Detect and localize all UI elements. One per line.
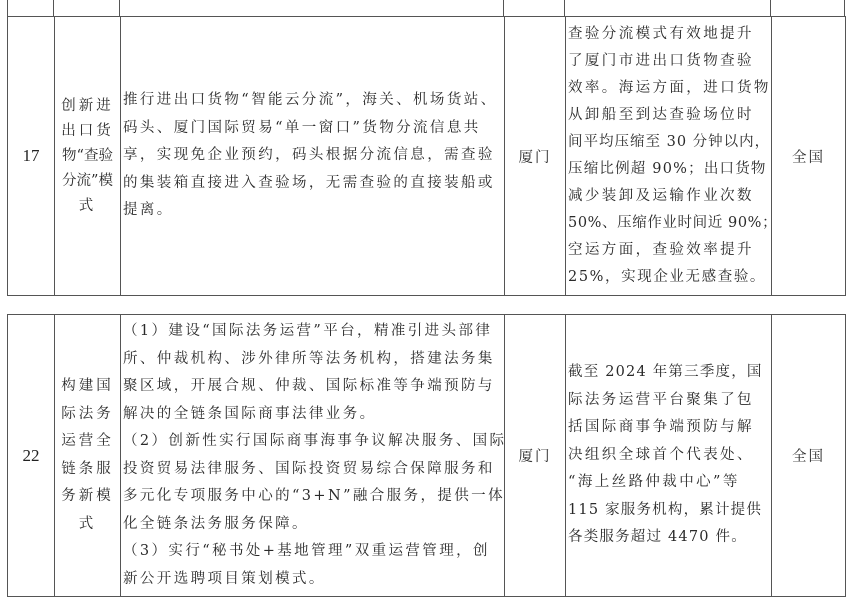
measure-effect: 截至 2024 年第三季度，国 际法务运营平台聚集了包 括国际商事争端预防与解 … bbox=[566, 315, 772, 597]
description-line: （2）创新性实行国际商事海事争议解决服务、国际 bbox=[123, 428, 502, 456]
effect-line: 压缩比例超 90%；出口货物 bbox=[568, 156, 768, 183]
column-rule bbox=[564, 0, 565, 16]
measure-name-line: 出口货 bbox=[55, 119, 120, 144]
effect-line: 从卸船至到达查验场位时 bbox=[568, 102, 768, 129]
measure-description: （1）建设“国际法务运营”平台，精准引进头部律 所、仲裁机构、涉外律所等法务机构… bbox=[121, 315, 505, 597]
table-row: 17 创新进 出口货 物“查验 分流”模 式 推行进出口货物“智能云分流”，海关… bbox=[8, 17, 846, 296]
measure-name: 构建国 际法务 运营全 链条服 务新模 式 bbox=[55, 315, 121, 597]
description-line: 投资贸易法律服务、国际投资贸易综合保障服务和 bbox=[123, 456, 502, 484]
effect-line: 空运方面，查验效率提升 bbox=[568, 237, 768, 264]
description-line: 的集装箱直接进入查验场，无需查验的直接装船或 bbox=[123, 170, 502, 198]
description-line: 码头、厦门国际贸易“单一窗口”货物分流信息共 bbox=[123, 115, 502, 143]
replication-scope: 全国 bbox=[772, 17, 846, 296]
description-line: 新公开选聘项目策划模式。 bbox=[123, 566, 502, 594]
description-line: （3）实行“秘书处+基地管理”双重运营管理，创 bbox=[123, 538, 502, 566]
measure-name-line: 构建国 bbox=[55, 373, 120, 401]
effect-line: 了厦门市进出口货物查验 bbox=[568, 48, 768, 75]
description-line: 提离。 bbox=[123, 197, 502, 225]
effect-line: 括国际商事争端预防与解 bbox=[568, 414, 768, 442]
description-line: 享，实现免企业预约，码头根据分流信息，需查验 bbox=[123, 142, 502, 170]
description-line: （1）建设“国际法务运营”平台，精准引进头部律 bbox=[123, 318, 502, 346]
measure-name-line: 链条服 bbox=[55, 456, 120, 484]
effect-line: 决组织全球首个代表处、 bbox=[568, 442, 768, 470]
effect-line: 各类服务超过 4470 件。 bbox=[568, 524, 768, 552]
measure-name-line: 式 bbox=[55, 511, 120, 539]
column-rule bbox=[503, 0, 504, 16]
policy-table-row-22: 22 构建国 际法务 运营全 链条服 务新模 式 （1）建设“国际法务运营”平台… bbox=[7, 314, 846, 597]
measure-name-line: 物“查验 bbox=[55, 144, 120, 169]
measure-name-line: 际法务 bbox=[55, 401, 120, 429]
effect-line: 截至 2024 年第三季度，国 bbox=[568, 359, 768, 387]
description-line: 化全链条法务服务保障。 bbox=[123, 511, 502, 539]
column-rule bbox=[119, 0, 120, 16]
replication-scope: 全国 bbox=[772, 315, 846, 597]
effect-line: 25%，实现企业无感查验。 bbox=[568, 264, 768, 291]
measure-name-line: 式 bbox=[55, 194, 120, 219]
pilot-city: 厦门 bbox=[505, 315, 566, 597]
effect-line: 50%、压缩作业时间近 90%； bbox=[568, 210, 768, 237]
description-line: 所、仲裁机构、涉外律所等法务机构，搭建法务集 bbox=[123, 346, 502, 374]
description-line: 推行进出口货物“智能云分流”，海关、机场货站、 bbox=[123, 87, 502, 115]
policy-table-row-17: 17 创新进 出口货 物“查验 分流”模 式 推行进出口货物“智能云分流”，海关… bbox=[7, 16, 846, 296]
effect-line: 115 家服务机构，累计提供 bbox=[568, 497, 768, 525]
row-number: 17 bbox=[8, 17, 55, 296]
effect-line: 际法务运营平台聚集了包 bbox=[568, 387, 768, 415]
column-rule bbox=[53, 0, 54, 16]
description-line: 解决的全链条国际商事法律业务。 bbox=[123, 401, 502, 429]
effect-line: 间平均压缩至 30 分钟以内， bbox=[568, 129, 768, 156]
description-line: 多元化专项服务中心的“3+N”融合服务，提供一体 bbox=[123, 483, 502, 511]
column-rule bbox=[770, 0, 771, 16]
row-number: 22 bbox=[8, 315, 55, 597]
measure-description: 推行进出口货物“智能云分流”，海关、机场货站、 码头、厦门国际贸易“单一窗口”货… bbox=[121, 17, 505, 296]
column-rule bbox=[7, 0, 8, 16]
measure-effect: 查验分流模式有效地提升 了厦门市进出口货物查验 效率。海运方面，进口货物 从卸船… bbox=[566, 17, 772, 296]
measure-name-line: 运营全 bbox=[55, 428, 120, 456]
description-line: 聚区域，开展合规、仲裁、国际标准等争端预防与 bbox=[123, 373, 502, 401]
measure-name: 创新进 出口货 物“查验 分流”模 式 bbox=[55, 17, 121, 296]
effect-line: 查验分流模式有效地提升 bbox=[568, 21, 768, 48]
measure-name-line: 创新进 bbox=[55, 94, 120, 119]
effect-line: 减少装卸及运输作业次数 bbox=[568, 183, 768, 210]
measure-name-line: 务新模 bbox=[55, 483, 120, 511]
effect-line: 效率。海运方面，进口货物 bbox=[568, 75, 768, 102]
measure-name-line: 分流”模 bbox=[55, 169, 120, 194]
column-rule bbox=[844, 0, 845, 16]
pilot-city: 厦门 bbox=[505, 17, 566, 296]
table-row: 22 构建国 际法务 运营全 链条服 务新模 式 （1）建设“国际法务运营”平台… bbox=[8, 315, 846, 597]
effect-line: “海上丝路仲裁中心”等 bbox=[568, 469, 768, 497]
